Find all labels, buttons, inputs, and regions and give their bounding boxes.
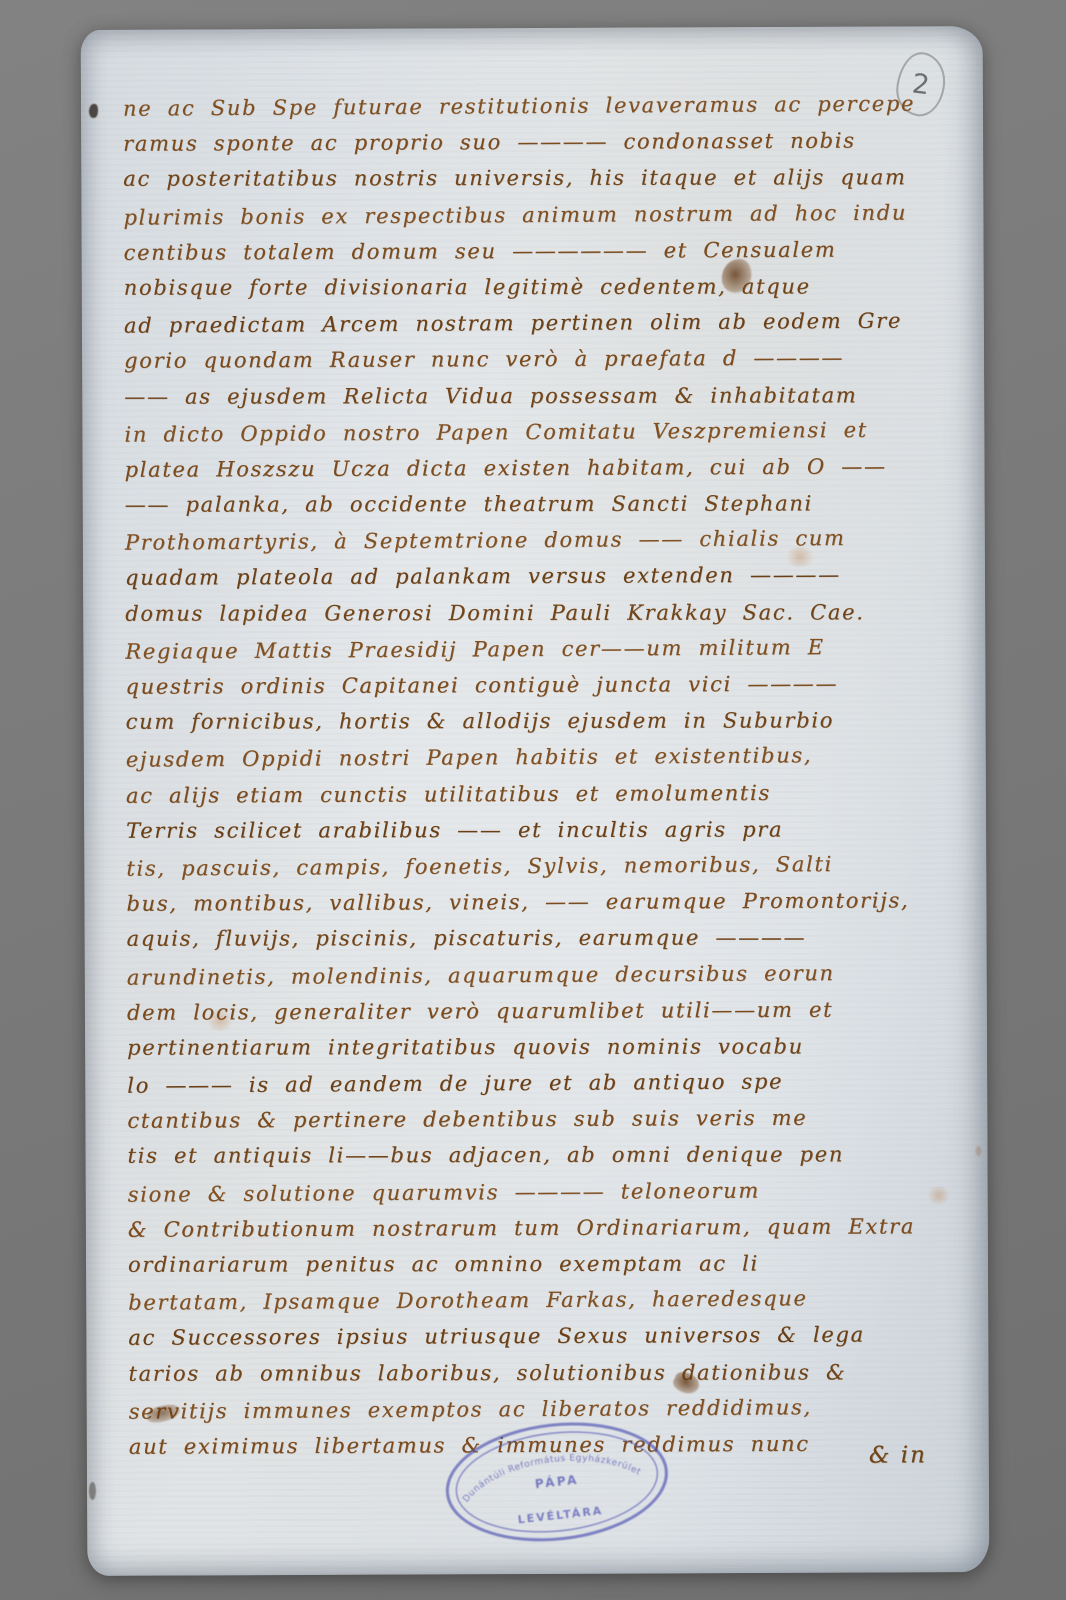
manuscript-line: ad praedictam Arcem nostram pertinen oli… bbox=[124, 302, 970, 344]
manuscript-line: & Contributionum nostrarum tum Ordinaria… bbox=[128, 1208, 974, 1248]
manuscript-line: questris ordinis Capitanei contiguè junc… bbox=[125, 665, 971, 705]
manuscript-line: tis, pascuis, campis, foenetis, Sylvis, … bbox=[126, 845, 972, 887]
manuscript-line: ac Successores ipsius utriusque Sexus un… bbox=[128, 1316, 974, 1356]
scan-background: 2 ne ac Sub Spe futurae restitutionis le… bbox=[0, 0, 1066, 1600]
paper-blemish bbox=[89, 104, 98, 118]
manuscript-line: ordinariarum penitus ac omnino exemptam … bbox=[128, 1245, 974, 1283]
manuscript-line: quadam plateola ad palankam versus exten… bbox=[125, 557, 971, 597]
manuscript-line: —— as ejusdem Relicta Vidua possessam & … bbox=[124, 377, 970, 415]
manuscript-line: ac posteritatibus nostris universis, his… bbox=[123, 160, 969, 198]
manuscript-line: lo ——— is ad eandem de jure et ab antiqu… bbox=[127, 1062, 973, 1104]
manuscript-line: plurimis bonis ex respectibus animum nos… bbox=[123, 194, 969, 236]
manuscript-line: aquis, fluvijs, piscinis, piscaturis, ea… bbox=[127, 919, 973, 957]
manuscript-line: pertinentiarum integritatibus quovis nom… bbox=[127, 1028, 973, 1066]
manuscript-line: bus, montibus, vallibus, vineis, —— earu… bbox=[126, 882, 972, 922]
manuscript-line: Terris scilicet arabilibus —— et inculti… bbox=[126, 811, 972, 849]
manuscript-line: centibus totalem domum seu —————— et Cen… bbox=[124, 231, 970, 271]
stamp-bottom-text: LEVÉLTÁRA bbox=[517, 1504, 604, 1526]
manuscript-line: tarios ab omnibus laboribus, solutionibu… bbox=[128, 1354, 974, 1392]
manuscript-text: ne ac Sub Spe futurae restitutionis leva… bbox=[123, 86, 975, 1465]
manuscript-line: in dicto Oppido nostro Papen Comitatu Ve… bbox=[124, 411, 970, 453]
manuscript-line: cum fornicibus, hortis & allodijs ejusde… bbox=[126, 702, 972, 740]
manuscript-line: Regiaque Mattis Praesidij Papen cer——um … bbox=[125, 628, 971, 670]
manuscript-line: bertatam, Ipsamque Dorotheam Farkas, hae… bbox=[128, 1279, 974, 1321]
catchword: & in bbox=[869, 1442, 927, 1468]
manuscript-line: Prothomartyris, à Septemtrione domus —— … bbox=[125, 519, 971, 561]
manuscript-line: platea Hoszszu Ucza dicta existen habita… bbox=[124, 448, 970, 488]
manuscript-line: tis et antiquis li——bus adjacen, ab omni… bbox=[128, 1137, 974, 1175]
manuscript-page: 2 ne ac Sub Spe futurae restitutionis le… bbox=[81, 26, 990, 1576]
paper-blemish bbox=[89, 1482, 96, 1500]
manuscript-line: ne ac Sub Spe futurae restitutionis leva… bbox=[123, 85, 969, 127]
manuscript-line: ctantibus & pertinere debentibus sub sui… bbox=[127, 1099, 973, 1139]
archive-stamp: Dunántúli Református Egyházkerület PÁPA … bbox=[432, 1403, 681, 1562]
manuscript-line: sione & solutione quarumvis ———— teloneo… bbox=[128, 1171, 974, 1213]
manuscript-line: —— palanka, ab occidente theatrum Sancti… bbox=[125, 485, 971, 523]
manuscript-line: nobisque forte divisionaria legitimè ced… bbox=[124, 268, 970, 306]
stamp-center-text: PÁPA bbox=[534, 1472, 579, 1492]
manuscript-line: domus lapidea Generosi Domini Pauli Krak… bbox=[125, 594, 971, 632]
manuscript-line: dem locis, generaliter verò quarumlibet … bbox=[127, 991, 973, 1031]
manuscript-line: ejusdem Oppidi nostri Papen habitis et e… bbox=[126, 737, 972, 779]
manuscript-line: gorio quondam Rauser nunc verò à praefat… bbox=[124, 339, 970, 379]
manuscript-line: arundinetis, molendinis, aquarumque decu… bbox=[127, 954, 973, 996]
manuscript-line: ac alijs etiam cunctis utilitatibus et e… bbox=[126, 774, 972, 814]
paper-blemish bbox=[976, 1146, 982, 1156]
manuscript-line: ramus sponte ac proprio suo ———— condona… bbox=[123, 122, 969, 162]
